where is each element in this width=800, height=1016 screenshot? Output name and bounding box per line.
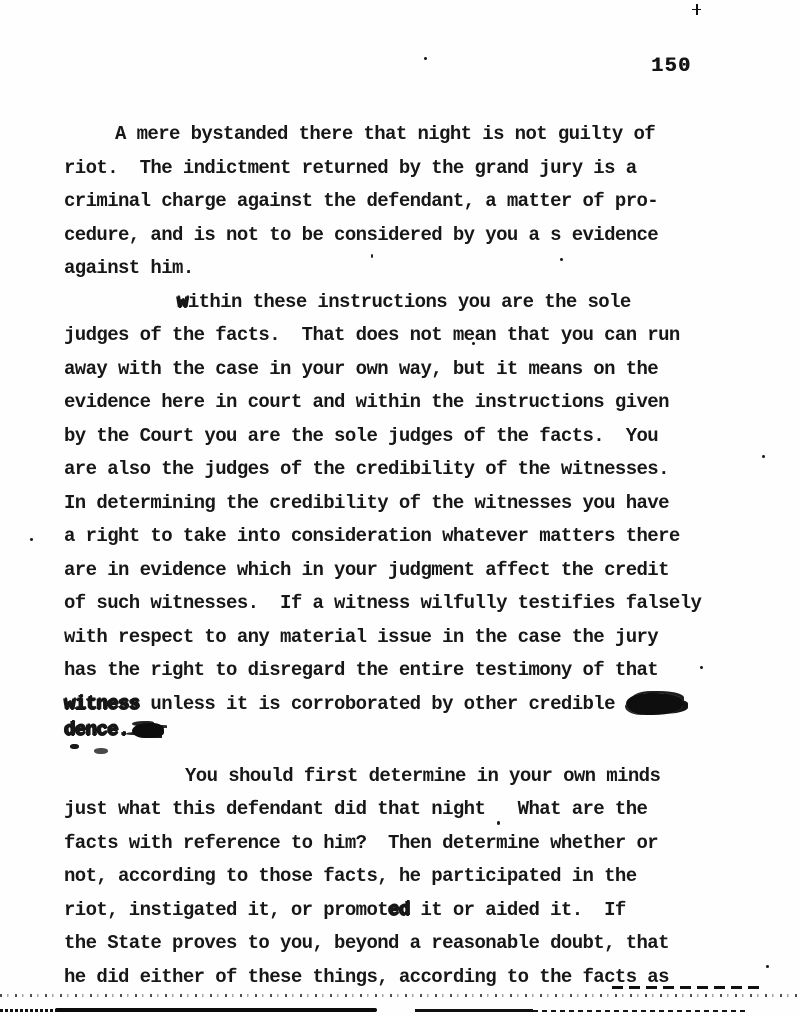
text-segment: he did either of these things, according…: [64, 966, 669, 988]
text-line: the State proves to you, beyond a reason…: [64, 927, 776, 961]
text-segment: ed: [388, 899, 410, 921]
text-segment: A mere bystanded there that night is not…: [115, 123, 655, 145]
scan-artifact-dot: [472, 342, 475, 345]
text-segment: away with the case in your own way, but …: [64, 358, 658, 380]
text-line: judges of the facts. That does not mean …: [64, 319, 776, 353]
text-segment: unless it is corroborated by other credi…: [140, 693, 626, 715]
text-segment: by the Court you are the sole judges of …: [64, 425, 658, 447]
ink-blob: [132, 723, 164, 738]
scanned-page: 150 A mere bystanded there that night is…: [0, 0, 800, 1016]
text-segment: ithin these instructions you are the sol…: [188, 291, 631, 313]
text-line: just what this defendant did that night …: [64, 793, 776, 827]
text-line: not, according to those facts, he partic…: [64, 860, 776, 894]
text-segment: not, according to those facts, he partic…: [64, 865, 637, 887]
scan-artifact-dotted-line: [0, 994, 800, 997]
text-segment: are in evidence which in your judgment a…: [64, 559, 669, 581]
text-line: a right to take into consideration whate…: [64, 520, 776, 554]
text-line: facts with reference to him? Then determ…: [64, 827, 776, 861]
text-segment: has the right to disregard the entire te…: [64, 659, 658, 681]
text-line: evidence here in court and within the in…: [64, 386, 776, 420]
scan-artifact-dot: [766, 965, 769, 968]
scan-artifact-dot: [371, 254, 373, 258]
text-segment: You should first determine in your own m…: [185, 765, 660, 787]
text-line: has the right to disregard the entire te…: [64, 654, 776, 688]
text-column: A mere bystanded there that night is not…: [64, 118, 776, 994]
text-segment: w: [177, 291, 188, 313]
scan-artifact-bar: [533, 1010, 745, 1012]
text-line: In determining the credibility of the wi…: [64, 487, 776, 521]
text-line: he did either of these things, according…: [64, 961, 776, 995]
text-segment: riot, instigated it, or promot: [64, 899, 388, 921]
page-number: 150: [651, 55, 692, 78]
text-segment: evidence here in court and within the in…: [64, 391, 669, 413]
text-line: cedure, and is not to be considered by y…: [64, 219, 776, 253]
scan-artifact-dot: [497, 821, 500, 825]
text-line: are in evidence which in your judgment a…: [64, 554, 776, 588]
text-line: with respect to any material issue in th…: [64, 621, 776, 655]
scan-artifact-smudge: [70, 744, 79, 749]
scan-artifact-bar: [55, 1008, 377, 1012]
text-segment: it or aided it. If: [410, 899, 626, 921]
text-segment: riot. The indictment returned by the gra…: [64, 157, 637, 179]
scan-artifact-bar: [415, 1009, 533, 1012]
text-line: by the Court you are the sole judges of …: [64, 420, 776, 454]
scan-artifact-dot: [560, 258, 563, 261]
text-segment: evi-: [626, 693, 683, 715]
scan-artifact-dot: [30, 538, 33, 541]
text-segment: dence.: [64, 719, 129, 741]
text-segment: against him.: [64, 257, 194, 279]
scan-artifact-dot: [700, 666, 703, 669]
scan-artifact-smudge: [94, 748, 108, 754]
text-line: away with the case in your own way, but …: [64, 353, 776, 387]
text-segment: the State proves to you, beyond a reason…: [64, 932, 669, 954]
text-segment: just what this defendant did that night …: [64, 798, 647, 820]
text-segment: of such witnesses. If a witness wilfully…: [64, 592, 701, 614]
text-line: riot. The indictment returned by the gra…: [64, 152, 776, 186]
scan-artifact-dot: [762, 455, 765, 458]
text-line: riot, instigated it, or promoted it or a…: [64, 894, 776, 928]
text-segment: In determining the credibility of the wi…: [64, 492, 669, 514]
text-segment: witness: [64, 693, 140, 715]
text-line: within these instructions you are the so…: [64, 286, 776, 320]
scan-artifact-cross: [692, 4, 701, 15]
text-line: criminal charge against the defendant, a…: [64, 185, 776, 219]
scan-artifact-underline: [612, 986, 762, 989]
text-line: of such witnesses. If a witness wilfully…: [64, 587, 776, 621]
text-line: are also the judges of the credibility o…: [64, 453, 776, 487]
text-line: against him.: [64, 252, 776, 286]
text-segment: with respect to any material issue in th…: [64, 626, 658, 648]
text-line: witness unless it is corroborated by oth…: [64, 688, 776, 722]
text-segment: a right to take into consideration whate…: [64, 525, 680, 547]
text-line: You should first determine in your own m…: [64, 760, 776, 794]
text-segment: facts with reference to him? Then determ…: [64, 832, 658, 854]
text-segment: cedure, and is not to be considered by y…: [64, 224, 658, 246]
text-line: A mere bystanded there that night is not…: [64, 118, 776, 152]
text-segment: criminal charge against the defendant, a…: [64, 190, 658, 212]
scan-artifact-dot: [424, 57, 427, 60]
text-segment: judges of the facts. That does not mean …: [64, 324, 680, 346]
text-segment: are also the judges of the credibility o…: [64, 458, 669, 480]
scan-artifact-bar: [0, 1009, 57, 1012]
